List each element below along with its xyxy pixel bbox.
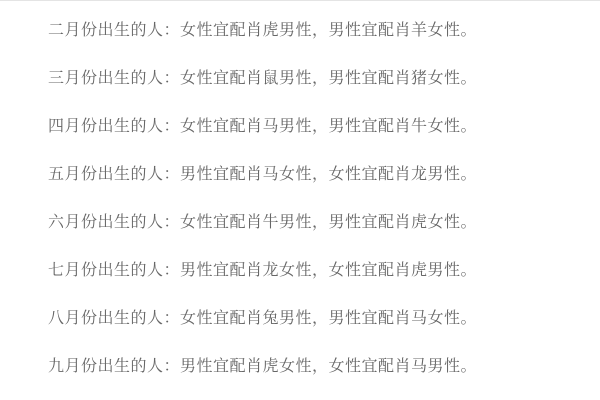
text-line-april: 四月份出生的人：女性宜配肖马男性，男性宜配肖牛女性。 xyxy=(48,118,580,135)
text-line-march: 三月份出生的人：女性宜配肖鼠男性，男性宜配肖猪女性。 xyxy=(48,70,580,87)
text-line-august: 八月份出生的人：女性宜配肖兔男性，男性宜配肖马女性。 xyxy=(48,310,580,327)
document-page: 二月份出生的人：女性宜配肖虎男性，男性宜配肖羊女性。 三月份出生的人：女性宜配肖… xyxy=(0,0,600,400)
text-line-february: 二月份出生的人：女性宜配肖虎男性，男性宜配肖羊女性。 xyxy=(48,22,580,39)
text-line-july: 七月份出生的人：男性宜配肖龙女性，女性宜配肖虎男性。 xyxy=(48,262,580,279)
text-line-september: 九月份出生的人：男性宜配肖虎女性，女性宜配肖马男性。 xyxy=(48,358,580,375)
text-block: 二月份出生的人：女性宜配肖虎男性，男性宜配肖羊女性。 三月份出生的人：女性宜配肖… xyxy=(0,1,600,375)
text-line-june: 六月份出生的人：女性宜配肖牛男性，男性宜配肖虎女性。 xyxy=(48,214,580,231)
text-line-may: 五月份出生的人：男性宜配肖马女性，女性宜配肖龙男性。 xyxy=(48,166,580,183)
